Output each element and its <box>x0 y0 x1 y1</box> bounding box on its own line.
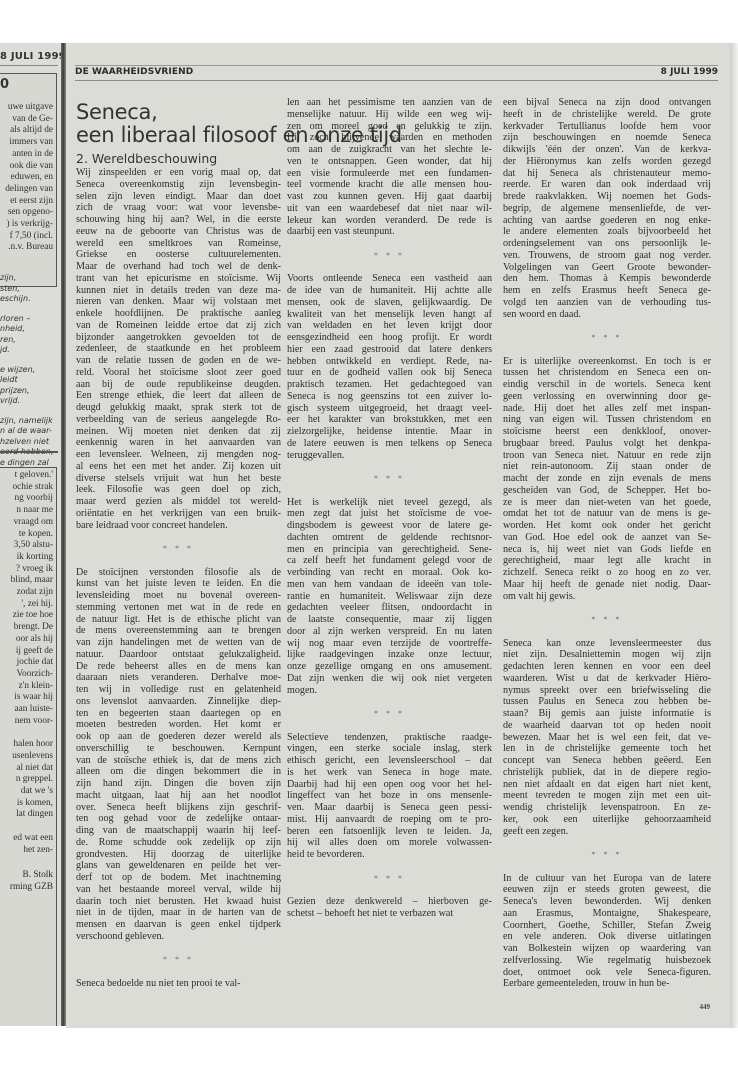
paragraph-gap <box>287 884 492 896</box>
text-line: ng voorbij <box>0 493 56 505</box>
text-line: daarbij een vast steunpunt. <box>287 226 492 238</box>
text-line: ven. Trouwens, de stroom gaat nog verder… <box>503 250 711 262</box>
paragraph-gap <box>76 943 281 955</box>
stanza-gap <box>0 305 56 314</box>
text-line: van de stoïsche ethiek is, dat de mens z… <box>76 755 281 767</box>
section-separator: * * * <box>287 708 492 720</box>
text-line: ) is verkrijg- <box>0 219 56 231</box>
text-line: Seneca overeenkomstig zijn levensbegin- <box>76 179 281 191</box>
text-line: diverse stelsels vrijuit wat hun het bes… <box>76 473 281 485</box>
text-line: men en principia van gerechtigheid. Sene… <box>287 544 492 556</box>
poem-line: zijn, namelijk <box>0 416 56 427</box>
text-line: zedenleer, de staatkunde en het probleem <box>76 343 281 355</box>
text-line: onze gezellige omgang en ons amusement. <box>287 661 492 673</box>
text-line: Hij zocht blijvende waarden en methoden <box>287 132 492 144</box>
text-line: een visie formuleerde met een fundamen- <box>287 168 492 180</box>
poem-line: hzelven niet <box>0 437 56 448</box>
text-line: zodat zijn <box>0 587 56 599</box>
text-line: mogen. <box>287 685 492 697</box>
text-line: ook die van <box>0 161 56 173</box>
text-line: bewezen. Maar het is wel een feit, dat v… <box>503 732 711 744</box>
paragraph-gap <box>503 861 711 873</box>
text-line: hier een zaad gestrooid dat latere denke… <box>287 344 492 356</box>
text-line: door al zijn werken verspreid. En nu lat… <box>287 626 492 638</box>
text-line: beren een fatsoenlijk leven te leiden. J… <box>287 826 492 838</box>
text-line: Voorzich- <box>0 669 56 681</box>
text-line: De stoïcijnen verstonden filosofie als d… <box>76 567 281 579</box>
text-line: ', zei hij. <box>0 599 56 611</box>
paragraph-gap <box>503 344 711 356</box>
text-line: anten in de <box>0 149 56 161</box>
text-line: de latere eeuwen is men telkens op Senec… <box>287 438 492 450</box>
text-line: derf tot op de bodem. Met inachtneming <box>76 872 281 884</box>
poem-line: zijn, <box>0 273 56 284</box>
text-line: zijn beschouwingen en noemde Seneca <box>503 132 711 144</box>
text-line: uit van een waardebesef dat niet naar wi… <box>287 203 492 215</box>
text-line: trant van het epicurisme en stoïcisme. W… <box>76 273 281 285</box>
publication-name: DE WAARHEIDSVRIEND <box>75 67 193 77</box>
text-line: Maar hij heeft de genade niet nodig. Daa… <box>503 579 711 591</box>
text-line: de laatste consequentie, maar zij liggen <box>287 614 492 626</box>
text-line: t geloven.' <box>0 470 56 482</box>
text-line: staan? Bij gemis aan juiste informatie i… <box>503 708 711 720</box>
text-line: ven. Maar daarbij is Seneca geen pessi- <box>287 802 492 814</box>
text-line: brugbaar breed. Paulus volgt het denkpa- <box>503 438 711 450</box>
text-line: aan Erasmus, Montaigne, Shakespeare, <box>503 908 711 920</box>
article-subtitle: 2. Wereldbeschouwing <box>76 151 217 166</box>
text-line: moeten bestreden worden. Het komt er <box>76 719 281 731</box>
text-line: meent tevreden te mogen zijn met een uit… <box>503 790 711 802</box>
text-line: reld. Vooral het stoïcisme sloot zeer go… <box>76 367 281 379</box>
left-box-heading: 0 <box>0 74 56 92</box>
text-line: van de relatie tussen de goden en de we- <box>76 355 281 367</box>
text-line: van weldaden en het leven krijgt door <box>287 320 492 332</box>
text-line: bare leidraad voor concreet handelen. <box>76 520 281 532</box>
text-line: lekeur kan worden veranderd. De rede is <box>287 215 492 227</box>
text-line: de natuur ligt. Het is de ethische plich… <box>76 614 281 626</box>
text-line: zielzorgelijke, heidense intentie. Maar … <box>287 426 492 438</box>
text-line: ook op aan de goederen dezer wereld als <box>76 731 281 743</box>
text-line: Griekse en oosterse cultuurelementen. <box>76 249 281 261</box>
text-line: leek. Filosofie was geen doel op zich, <box>76 484 281 496</box>
text-line: schouwing hing hij aan? Wel, in die eers… <box>76 214 281 226</box>
text-line: onverschillig te beschouwen. Kernpunt <box>76 743 281 755</box>
article-column-2: len aan het pessimisme ten aanzien van d… <box>287 97 492 920</box>
text-line: Seneca kan onze levensleermeester dus <box>503 638 711 650</box>
text-line: glans van geweldenaren en peilde het ver… <box>76 860 281 872</box>
text-line: deugd gelukkig maakt, sprak sterk tot de <box>76 402 281 414</box>
text-line: praktisch tezamen. Het gedachtegoed van <box>287 379 492 391</box>
text-line: heid te bevorderen. <box>287 849 492 861</box>
text-line: van de Romeinen leidde ertoe dat zij zic… <box>76 320 281 332</box>
text-line: verschoond gebleven. <box>76 931 281 943</box>
paragraph-gap <box>287 238 492 250</box>
text-line: een bijval Seneca na zijn dood ontvangen <box>503 97 711 109</box>
paragraph-gap <box>0 727 56 739</box>
paragraph-gap <box>503 626 711 638</box>
paragraph-gap <box>76 966 281 978</box>
text-line: dingsbodem is geweest voor de latere ge- <box>287 520 492 532</box>
text-line: ze is meer dan niet-weten van het goede, <box>503 497 711 509</box>
text-line: kunst van het juiste leven te leiden. En… <box>76 578 281 590</box>
text-line: Maar de overhand had toch wel de denk- <box>76 261 281 273</box>
text-line: brede raakvlakken. Wij noemen het Gods- <box>503 191 711 203</box>
left-box-text: uwe uitgavevan de Ge-als altijd deimmers… <box>0 102 56 254</box>
section-separator: * * * <box>503 332 711 344</box>
text-line: volgd ten aanzien van de verhouding tus- <box>503 297 711 309</box>
text-line: uwe uitgave <box>0 102 56 114</box>
text-line: levensleiding moet nu bovenal overeen- <box>76 590 281 602</box>
text-line: ? vroeg ik <box>0 564 56 576</box>
text-line: .n.v. Bureau <box>0 242 56 254</box>
text-line: het zen- <box>0 845 56 857</box>
magazine-page: DE WAARHEIDSVRIEND 8 JULI 1999 Seneca, e… <box>66 43 730 1028</box>
text-line: oriëntatie en het verkrijgen van een bru… <box>76 508 281 520</box>
text-line: dat hij Seneca als christenauteur memo- <box>503 168 711 180</box>
text-line: begrip, de algemene mensenliefde, de ver… <box>503 203 711 215</box>
text-line: Het is werkelijk niet teveel gezegd, als <box>287 497 492 509</box>
text-line: halen hoor <box>0 739 56 751</box>
poem-line: prijzen, <box>0 386 56 397</box>
text-line: ven te ontsnappen. Geen wonder, dat hij <box>287 156 492 168</box>
text-line: de idee van de humaniteit. Hij achtte al… <box>287 285 492 297</box>
text-line: Selectieve tendenzen, praktische raadge- <box>287 732 492 744</box>
text-line: maar werd gezien als middel tot wereld- <box>76 496 281 508</box>
text-line: menselijke natuur. Hij wilde een weg wij… <box>287 109 492 121</box>
text-line: n greppel. <box>0 774 56 786</box>
text-line: ning van eigen wil. Tussen christendom e… <box>503 414 711 426</box>
text-line: ordeningselement van ons persoonlijk le- <box>503 238 711 250</box>
text-line: omdat het tot de natuur van de mens is g… <box>503 508 711 520</box>
text-line: hebben ontwikkeld en verdiept. Rede, na- <box>287 356 492 368</box>
text-line: brengt. De <box>0 622 56 634</box>
text-line: ik korting <box>0 552 56 564</box>
left-poem: zijn,sten,eschijn.rloren –nheid,ren,jd.e… <box>0 273 56 496</box>
text-line: Een strenge ethiek, die leert dat alleen… <box>76 390 281 402</box>
text-line: mensen, ook de slaven, gelijkwaardig. De <box>287 297 492 309</box>
text-line: van zijn handelingen met de wetten van d… <box>76 637 281 649</box>
text-line: et eerst zijn <box>0 196 56 208</box>
text-line: ca zelf heeft het fundament gelegd voor … <box>287 555 492 567</box>
text-line: ten oog gehad voor de zedelijke ontaar- <box>76 813 281 825</box>
text-line: dikwijls 'één der onzen'. Van de kerkva- <box>503 144 711 156</box>
text-line: kunnen niet in details treden van deze m… <box>76 285 281 297</box>
paragraph-gap <box>503 837 711 849</box>
text-line: vingen, een sterke sociale inslag, sterk <box>287 743 492 755</box>
text-line: van het bestaande moreel verval, wilde h… <box>76 884 281 896</box>
text-line: enkele hoofdlijnen. De praktische aanleg <box>76 308 281 320</box>
text-line: usenlevens <box>0 751 56 763</box>
text-line: kerkvader Tertullianus loofde hem voor <box>503 121 711 133</box>
paragraph-gap <box>76 555 281 567</box>
text-line: om aan de zuigkracht van het slechte le- <box>287 144 492 156</box>
text-line: alleen om die dingen bekommert die in <box>76 766 281 778</box>
section-separator: * * * <box>287 473 492 485</box>
paragraph-gap <box>287 861 492 873</box>
text-line: wij nog maar even terzijde de voortreffe… <box>287 638 492 650</box>
poem-line: rloren – <box>0 314 56 325</box>
text-line: Seneca bedoelde nu niet ten prooi te val… <box>76 978 281 990</box>
text-line: hij wil alles doen om morele volwassen- <box>287 837 492 849</box>
text-line: len in de christelijke gemeente toch het <box>503 743 711 755</box>
text-line: Volgelingen van Geert Groote bewonder- <box>503 262 711 274</box>
text-line: De rede beheerst alles en de mens kan <box>76 661 281 673</box>
text-line: sen opgeno- <box>0 207 56 219</box>
text-line: zen om moreel goed en gelukkig te zijn. <box>287 121 492 133</box>
text-line: zich de vraag voor: wat voor levensbe- <box>76 202 281 214</box>
text-line: ker, ook een uiterlijke gehoorzaamheid <box>503 814 711 826</box>
text-line: verbinding van recht en moraal. Ook ko- <box>287 567 492 579</box>
text-line: over. Seneca heeft blijkens zijn geschri… <box>76 802 281 814</box>
text-line: eduwen, en <box>0 172 56 184</box>
article-column-3: een bijval Seneca na zijn dood ontvangen… <box>503 97 711 990</box>
text-line: hem en zelfs Erasmus heeft Seneca ge- <box>503 285 711 297</box>
text-line: dachten omtrent de geldende rechtsnor- <box>287 532 492 544</box>
text-line: Seneca is nog geenszins tot een zuiver l… <box>287 391 492 403</box>
text-line: zie toe hoe <box>0 610 56 622</box>
text-line: als altijd de <box>0 125 56 137</box>
left-story-signature: B. Stolk <box>0 870 56 882</box>
text-line: daarin toch niet berusten. Het kwaad hui… <box>76 896 281 908</box>
text-line: In de cultuur van het Europa van de late… <box>503 873 711 885</box>
paragraph-gap <box>503 320 711 332</box>
text-line: n naar me <box>0 505 56 517</box>
text-line: vraagd om <box>0 517 56 529</box>
left-story-signature-sub: rming GZB <box>0 882 56 894</box>
text-line: Eerbare gemeenteleden, trouw in hun be- <box>503 978 711 990</box>
text-line: macht der zonde en zijn evenals de mens <box>503 473 711 485</box>
paragraph-gap <box>287 461 492 473</box>
paragraph-gap <box>0 821 56 833</box>
text-line: de. Rome schudde ook zedelijk op zijn <box>76 837 281 849</box>
text-line: achting van aardse goederen en nog enke- <box>503 215 711 227</box>
stanza-gap <box>0 407 56 416</box>
text-line: nieren van denken. Maar wij volstaan met <box>76 296 281 308</box>
text-line: daaraan niets veranderen. Derhalve moe- <box>76 672 281 684</box>
text-line: reerde. Er waren dan ook inderdaad vrij <box>503 179 711 191</box>
text-line: wereld een smeltkroes van Romeinse, <box>76 238 281 250</box>
section-separator: * * * <box>287 250 492 262</box>
text-line: lat dingen <box>0 809 56 821</box>
left-box-story: t geloven.'ochie strakng voorbijn naar m… <box>0 467 57 1026</box>
text-line: vast zou kunnen geven. Hij gaat daarbij <box>287 191 492 203</box>
text-line: ten en begeerten staan daartegen op en <box>76 708 281 720</box>
paragraph-gap <box>287 720 492 732</box>
text-line: ethisch gericht, een levensleerschool – … <box>287 755 492 767</box>
text-line: men van hem vandaan de ideeën van tole- <box>287 579 492 591</box>
text-line: macht uitgaan, laat hij aan het noodlot <box>76 790 281 802</box>
left-section-rule <box>0 451 58 453</box>
text-line: waarderen. Wist u dat de kerkvader Hiëro… <box>503 673 711 685</box>
text-line: ons levenslot aanvaarden. Zinnelijke die… <box>76 696 281 708</box>
text-line: is het werk van Seneca in hoge mate. <box>287 767 492 779</box>
text-line: troon van Seneca niet. Natuur en rede zi… <box>503 450 711 462</box>
text-line: Coornhert, Goethe, Schiller, Stefan Zwei… <box>503 920 711 932</box>
text-line: der Hiëronymus kan zelfs worden gezegd <box>503 156 711 168</box>
text-line: men zegt dat juist het stoïcisme de voe- <box>287 508 492 520</box>
text-line: verbeelding van de serieus aangelegde Ro… <box>76 414 281 426</box>
text-line: Wij zinspeelden er een vorig maal op, da… <box>76 167 281 179</box>
text-line: eensgezindheid een hoog profijt. Er word… <box>287 332 492 344</box>
text-line: schetst – behoeft het niet te verbazen w… <box>287 908 492 920</box>
text-line: Dat zijn wenken die wij ook niet vergete… <box>287 673 492 685</box>
text-line: stemming vertonen met wat in de rede en <box>76 602 281 614</box>
text-line: van Bolkestein wijzen op waardering van <box>503 943 711 955</box>
text-line: len aan het pessimisme ten aanzien van d… <box>287 97 492 109</box>
page-number: 449 <box>700 1003 711 1011</box>
text-line: nymus spreekt over een briefwisseling di… <box>503 685 711 697</box>
text-line: Er is uiterlijke overeenkomst. En toch i… <box>503 356 711 368</box>
text-line: tussen Paulus en Seneca zou hebben be- <box>503 696 711 708</box>
issue-date: 8 JULI 1999 <box>661 67 718 77</box>
poem-line: eschijn. <box>0 294 56 305</box>
section-separator: * * * <box>503 614 711 626</box>
text-line: van de Ge- <box>0 114 56 126</box>
text-line: lingeffect van het boze in ons mensenle- <box>287 790 492 802</box>
text-line: ding van de maatschappij waarin hij leef… <box>76 825 281 837</box>
paragraph-gap <box>76 531 281 543</box>
paragraph-gap <box>287 262 492 274</box>
text-line: meinen. Wij moeten niet denken dat zij <box>76 426 281 438</box>
text-line: concept van Seneca hebben geëerd. Een <box>503 755 711 767</box>
text-line: kwaliteit van het menselijk leven hangt … <box>287 309 492 321</box>
text-line: blind, maar <box>0 575 56 587</box>
text-line: heeft in de christelijke wereld. De grot… <box>503 109 711 121</box>
text-line: ij geeft de <box>0 646 56 658</box>
text-line: 3,50 alstu- <box>0 540 56 552</box>
text-line: Seneca's leven bewonderden. Wij denken <box>503 896 711 908</box>
text-line: van God. Hoe edel ook de aanzet van Se- <box>503 532 711 544</box>
previous-page-fragment: 8 JULI 1999 0 uwe uitgavevan de Ge-als a… <box>0 43 62 1026</box>
text-line: teruggevallen. <box>287 450 492 462</box>
poem-line: leidt <box>0 375 56 386</box>
text-line: mist. Hij aanvaardt de roeping om te pro… <box>287 814 492 826</box>
text-line: zelfverlossing. Wie regelmatig huisbezoe… <box>503 955 711 967</box>
text-line: worden. Het komt ook onder het gericht <box>503 520 711 532</box>
paragraph-gap <box>287 696 492 708</box>
poem-line: n al de waar- <box>0 426 56 437</box>
text-line: doet, ontmoet ook vele Seneca-figuren. <box>503 967 711 979</box>
text-line: gisch systeem uitgegroeid, het draagt ve… <box>287 403 492 415</box>
text-line: nade. Hij doet het alles zelf met inspan… <box>503 403 711 415</box>
article-column-1: Wij zinspeelden er een vorig maal op, da… <box>76 167 281 990</box>
text-line: te kopen. <box>0 529 56 541</box>
text-line: grondvesten. Hij doorzag de uiterlijke <box>76 849 281 861</box>
text-line: zijn hand zijn. Dingen die boven zijn <box>76 778 281 790</box>
text-line: eindig verschil in de wortels. Seneca ke… <box>503 379 711 391</box>
stanza-gap <box>0 356 56 365</box>
text-line: le andere elementen zoals bijvoorbeeld h… <box>503 226 711 238</box>
text-line: zichzelf. Seneca reikt o zo hoog en zo v… <box>503 567 711 579</box>
text-line: delingen van <box>0 184 56 196</box>
text-line: mensen en daarvan is geen enkel tijdperk <box>76 919 281 931</box>
poem-line: jd. <box>0 345 56 356</box>
section-separator: * * * <box>503 849 711 861</box>
text-line: een levensleer. Welneen, zij mengden nog… <box>76 449 281 461</box>
paragraph-gap <box>287 485 492 497</box>
text-line: sen woord en daad. <box>503 309 711 321</box>
text-line: de mens overeenstemming aan te brengen <box>76 625 281 637</box>
text-line: ten wij in volledige rust en gelatenheid <box>76 684 281 696</box>
text-line: nem voor- <box>0 716 56 728</box>
text-line: bijzonder aangetrokken gevoelden tot de <box>76 332 281 344</box>
text-line: jochie dat <box>0 657 56 669</box>
text-line: is komen, <box>0 798 56 810</box>
section-separator: * * * <box>76 543 281 555</box>
text-line: selen zijn leven eindigt. Maar dan doet <box>76 191 281 203</box>
text-line: tuur en de godheid vallen ook bij Seneca <box>287 367 492 379</box>
section-separator: * * * <box>76 954 281 966</box>
text-line: natuur. Daardoor ontstaat gelukzaligheid… <box>76 649 281 661</box>
text-line: Gezien deze denkwereld – hierboven ge- <box>287 896 492 908</box>
poem-line: nheid, <box>0 324 56 335</box>
poem-line: vrijd. <box>0 396 56 407</box>
text-line: eeuw na de geboorte van Christus was de <box>76 226 281 238</box>
text-line: geeft een zegen. <box>503 826 711 838</box>
section-separator: * * * <box>287 873 492 885</box>
text-line: teel vormende kracht die alle mensen hou… <box>287 179 492 191</box>
text-line: gedachten leren kennen en voor een deel <box>503 661 711 673</box>
text-line: eenkennig waren in het aanvaarden van <box>76 437 281 449</box>
text-line: z'n klein- <box>0 681 56 693</box>
text-line: de waarheid daarvan tot op heden nooit <box>503 720 711 732</box>
text-line: Voorts ontleende Seneca een vastheid aan <box>287 273 492 285</box>
text-line: al eens het een met het ander. Zij kozen… <box>76 461 281 473</box>
text-line: niet in de tijden, maar in de harten van… <box>76 907 281 919</box>
text-line: aan luiste- <box>0 704 56 716</box>
text-line: aan bij de oude republikeinse deugden. <box>76 379 281 391</box>
poem-line: ren, <box>0 335 56 346</box>
text-line: niet rein-autonoom. Zij staan onder de <box>503 461 711 473</box>
text-line: neca is, hij weet niet van Gods liefde e… <box>503 544 711 556</box>
text-line: ochie strak <box>0 482 56 494</box>
left-page-date: 8 JULI 1999 <box>0 51 62 62</box>
text-line: stoïcisme heerst een denkkloof, onover- <box>503 426 711 438</box>
text-line: gescheiden van God, de Schepper. Het bo- <box>503 485 711 497</box>
text-line: gedachten veeleer flitsen, ondoordacht i… <box>287 602 492 614</box>
running-header: DE WAARHEIDSVRIEND 8 JULI 1999 <box>75 65 718 81</box>
text-line: wendig christelijk levenspatroon. En ze- <box>503 802 711 814</box>
text-line: nen niet afdaalt en dat eigen hart niet … <box>503 779 711 791</box>
text-line: en vele anderen. Ook diverse uitlatingen <box>503 931 711 943</box>
text-line: immers van <box>0 137 56 149</box>
text-line: lijke raadgevingen inzake onze lectuur, <box>287 649 492 661</box>
paragraph-gap <box>503 602 711 614</box>
text-line: ed wat een <box>0 833 56 845</box>
text-line: oor als hij <box>0 634 56 646</box>
text-line: geen verlossing en overwinning door ge- <box>503 391 711 403</box>
text-line: eeuwen zijn er steeds groten geweest, di… <box>503 884 711 896</box>
text-line: eer het karakter van brokstukken, met ee… <box>287 414 492 426</box>
text-line: f 7,50 (incl. <box>0 231 56 243</box>
text-line: is waar hij <box>0 692 56 704</box>
text-line: christelijk publiek, dat in de diepere r… <box>503 767 711 779</box>
left-header-rule <box>0 65 58 66</box>
text-line: om valt hij gewis. <box>503 591 711 603</box>
text-line: niet zijn. Desalniettemin mogen wij zijn <box>503 649 711 661</box>
left-story-text: t geloven.'ochie strakng voorbijn naar m… <box>0 470 56 856</box>
text-line: rantie en humaniteit. Weliswaar zijn dez… <box>287 591 492 603</box>
text-line: al niet dat <box>0 763 56 775</box>
text-line: tussen het christendom en Seneca een on- <box>503 367 711 379</box>
text-line: den hem. Thomas à Kempis bewonderde <box>503 273 711 285</box>
left-box-announcement: 0 uwe uitgavevan de Ge-als altijd deimme… <box>0 73 57 287</box>
poem-line: e wijzen, <box>0 365 56 376</box>
poem-line: sten, <box>0 284 56 295</box>
text-line: dat we 's <box>0 786 56 798</box>
text-line: gerechtigheid, maar legt alle kracht in <box>503 555 711 567</box>
text-line: Daarbij had hij een open oog voor het he… <box>287 779 492 791</box>
